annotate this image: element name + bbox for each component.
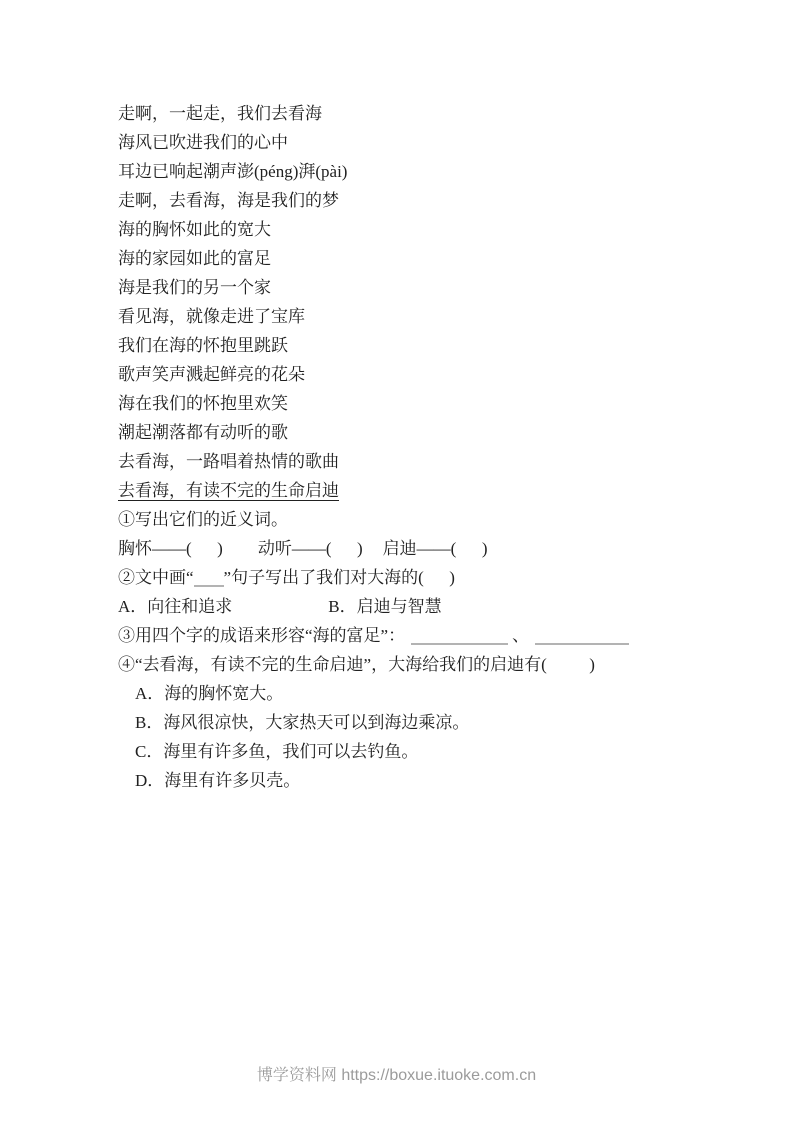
question-2-option-b: B．启迪与智慧 <box>328 597 441 616</box>
poem-line: 看见海，就像走进了宝库 <box>118 302 753 331</box>
synonym-blank-xionghuai: 胸怀——( ) <box>118 539 223 558</box>
question-3-label: ③用四个字的成语来形容“海的富足”：、 <box>118 621 753 650</box>
question-3-blank-2 <box>535 631 629 645</box>
question-2-option-a: A．向往和追求 <box>118 597 232 616</box>
poem-line: 海风已吹进我们的心中 <box>118 128 753 157</box>
poem-line: 海的家园如此的富足 <box>118 244 753 273</box>
synonym-blank-dongting: 动听——( ) <box>258 539 363 558</box>
poem-line: 海在我们的怀抱里欢笑 <box>118 389 753 418</box>
question-3-text: ③用四个字的成语来形容“海的富足”： <box>118 626 405 645</box>
question-3-separator: 、 <box>508 626 535 645</box>
question-4-option-b: B．海风很凉快，大家热天可以到海边乘凉。 <box>135 708 753 737</box>
poem-line-underlined: 去看海，有读不完的生命启迪 <box>118 476 753 505</box>
poem-line: 走啊，去看海，海是我们的梦 <box>118 186 753 215</box>
question-1-blanks-row: 胸怀——( )动听——( )启迪——( ) <box>118 534 753 563</box>
poem-line: 去看海，一路唱着热情的歌曲 <box>118 447 753 476</box>
synonym-blank-qidi: 启迪——( ) <box>383 539 488 558</box>
poem-line: 歌声笑声溅起鲜亮的花朵 <box>118 360 753 389</box>
poem-line: 潮起潮落都有动听的歌 <box>118 418 753 447</box>
worksheet-content: 走啊，一起走，我们去看海 海风已吹进我们的心中 耳边已响起潮声澎(péng)湃(… <box>118 99 753 795</box>
question-2-inline-blank <box>194 573 224 587</box>
question-2-options-row: A．向往和追求B．启迪与智慧 <box>118 592 753 621</box>
poem-line: 我们在海的怀抱里跳跃 <box>118 331 753 360</box>
poem-line: 耳边已响起潮声澎(péng)湃(pài) <box>118 157 753 186</box>
question-4-option-a: A．海的胸怀宽大。 <box>135 679 753 708</box>
question-2-label: ②文中画“”句子写出了我们对大海的( ) <box>118 563 753 592</box>
question-2-prefix: ②文中画“ <box>118 568 194 587</box>
question-4-option-c: C．海里有许多鱼，我们可以去钓鱼。 <box>135 737 753 766</box>
question-2-suffix: ”句子写出了我们对大海的( ) <box>224 568 455 587</box>
poem-line: 海的胸怀如此的宽大 <box>118 215 753 244</box>
question-4-option-d: D．海里有许多贝壳。 <box>135 766 753 795</box>
poem-line: 海是我们的另一个家 <box>118 273 753 302</box>
poem-line: 走啊，一起走，我们去看海 <box>118 99 753 128</box>
question-1-label: ①写出它们的近义词。 <box>118 505 753 534</box>
site-watermark: 博学资料网 https://boxue.ituoke.com.cn <box>0 1066 793 1086</box>
worksheet-page: 走啊，一起走，我们去看海 海风已吹进我们的心中 耳边已响起潮声澎(péng)湃(… <box>0 0 793 1122</box>
underlined-sentence: 去看海，有读不完的生命启迪 <box>118 481 339 500</box>
question-4-label: ④“去看海，有读不完的生命启迪”，大海给我们的启迪有( ) <box>118 650 753 679</box>
question-3-blank-1 <box>411 631 508 645</box>
